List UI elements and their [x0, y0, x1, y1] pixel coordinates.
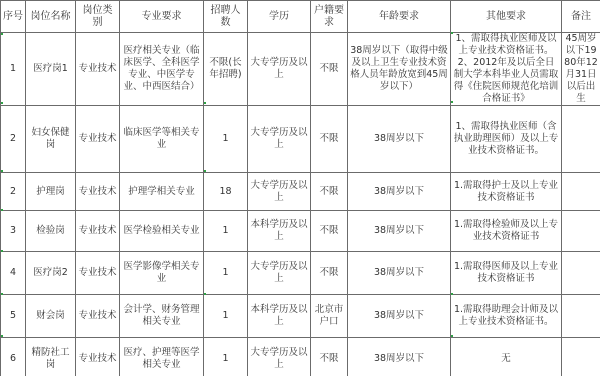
cell-remark — [562, 106, 600, 173]
cell-position: 精防社工岗 — [26, 338, 76, 376]
cell-category: 专业技术 — [76, 33, 120, 106]
comment-marker — [1, 250, 3, 252]
header-major: 专业要求 — [120, 1, 204, 33]
cell-category: 专业技术 — [76, 173, 120, 211]
cell-other: 1.需取得检验师及以上专业技术资格证书 — [451, 211, 562, 252]
cell-remark — [562, 252, 600, 295]
cell-education: 大专学历及以上 — [248, 338, 311, 376]
cell-education: 大专学历及以上 — [248, 252, 311, 295]
cell-no: 5 — [1, 295, 26, 338]
cell-major: 护理学相关专业 — [120, 173, 204, 211]
header-category: 岗位类别 — [76, 1, 120, 33]
cell-hukou: 不限 — [311, 173, 348, 211]
cell-education: 大专学历及以上 — [248, 106, 311, 173]
cell-category: 专业技术 — [76, 295, 120, 338]
cell-no: 6 — [1, 338, 26, 376]
cell-major: 医学检验相关专业 — [120, 211, 204, 252]
comment-marker — [204, 170, 206, 172]
table-header-row: 序号 岗位名称 岗位类别 专业要求 招聘人数 学历 户籍要求 年龄要求 其他要求… — [1, 1, 600, 33]
cell-education: 本科学历及以上 — [248, 211, 311, 252]
comment-marker — [204, 293, 206, 295]
table-row: 2 护理岗 专业技术 护理学相关专业 18 大专学历及以上 不限 38周岁以下 … — [1, 173, 600, 211]
cell-age: 38周岁以下 — [348, 252, 451, 295]
cell-other: 无 — [451, 338, 562, 376]
header-position: 岗位名称 — [26, 1, 76, 33]
cell-age: 38周岁以下 — [348, 295, 451, 338]
table-row: 1 医疗岗1 专业技术 医疗相关专业（临床医学、全科医学专业、中医学专业、中西医… — [1, 33, 600, 106]
cell-education: 本科学历及以上 — [248, 295, 311, 338]
cell-position: 医疗岗2 — [26, 252, 76, 295]
cell-major: 医学影像学相关专业 — [120, 252, 204, 295]
cell-age: 38周岁以下 — [348, 338, 451, 376]
comment-marker — [451, 335, 453, 337]
table-row: 3 检验岗 专业技术 医学检验相关专业 1 本科学历及以上 不限 38周岁以下 … — [1, 211, 600, 252]
comment-marker — [451, 293, 453, 295]
cell-count: 1 — [204, 106, 248, 173]
cell-category: 专业技术 — [76, 338, 120, 376]
table-row: 4 医疗岗2 专业技术 医学影像学相关专业 1 大专学历及以上 不限 38周岁以… — [1, 252, 600, 295]
cell-hukou: 不限 — [311, 33, 348, 106]
cell-major: 医疗相关专业（临床医学、全科医学专业、中医学专业、中西医结合） — [120, 33, 204, 106]
cell-major: 临床医学等相关专业 — [120, 106, 204, 173]
cell-other: 1、需取得执业医师及以上专业技术资格证书。 2、2012年及以后全日制大学本科毕… — [451, 33, 562, 106]
cell-education: 大专学历及以上 — [248, 33, 311, 106]
cell-other: 1.需取得护士及以上专业技术资格证书 — [451, 173, 562, 211]
comment-marker — [204, 102, 206, 104]
header-count: 招聘人数 — [204, 1, 248, 33]
cell-major: 医疗、护理等医学相关专业 — [120, 338, 204, 376]
cell-count: 1 — [204, 252, 248, 295]
comment-marker — [1, 209, 3, 211]
header-age: 年龄要求 — [348, 1, 451, 33]
cell-no: 3 — [1, 211, 26, 252]
cell-other: 1.需取得医师及以上专业技术资格证书 — [451, 252, 562, 295]
cell-count: 1 — [204, 295, 248, 338]
cell-other: 1、需取得执业医师（含执业助理医师）及以上专业技术资格证书。 — [451, 106, 562, 173]
cell-age: 38周岁以下 — [348, 173, 451, 211]
recruitment-table: 序号 岗位名称 岗位类别 专业要求 招聘人数 学历 户籍要求 年龄要求 其他要求… — [0, 0, 600, 376]
cell-hukou: 不限 — [311, 106, 348, 173]
cell-hukou: 不限 — [311, 252, 348, 295]
cell-count: 18 — [204, 173, 248, 211]
cell-education: 大专学历及以上 — [248, 173, 311, 211]
cell-major: 会计学、财务管理相关专业 — [120, 295, 204, 338]
cell-age: 38周岁以下 — [348, 106, 451, 173]
cell-category: 专业技术 — [76, 252, 120, 295]
cell-count: 不限(长年招聘) — [204, 33, 248, 106]
cell-category: 专业技术 — [76, 106, 120, 173]
table-row: 6 精防社工岗 专业技术 医疗、护理等医学相关专业 1 大专学历及以上 不限 3… — [1, 338, 600, 376]
cell-no: 2 — [1, 106, 26, 173]
cell-position: 检验岗 — [26, 211, 76, 252]
cell-age: 38周岁以下（取得中级及以上卫生专业技术资格人员年龄放宽到45周岁以下） — [348, 33, 451, 106]
comment-marker — [1, 335, 3, 337]
comment-marker — [451, 32, 453, 34]
comment-marker — [1, 102, 3, 104]
cell-hukou: 北京市户口 — [311, 295, 348, 338]
cell-count: 1 — [204, 211, 248, 252]
cell-remark — [562, 338, 600, 376]
comment-marker — [451, 101, 453, 103]
cell-no: 1 — [1, 33, 26, 106]
cell-hukou: 不限 — [311, 211, 348, 252]
table-row: 5 财会岗 专业技术 会计学、财务管理相关专业 1 本科学历及以上 北京市户口 … — [1, 295, 600, 338]
header-remark: 备注 — [562, 1, 600, 33]
cell-remark — [562, 295, 600, 338]
header-hukou: 户籍要求 — [311, 1, 348, 33]
comment-marker — [1, 170, 3, 172]
cell-position: 妇女保健岗 — [26, 106, 76, 173]
header-no: 序号 — [1, 1, 26, 33]
cell-other: 1.需取得助理会计师及以上专业技术资格证书。 — [451, 295, 562, 338]
cell-position: 护理岗 — [26, 173, 76, 211]
cell-remark — [562, 173, 600, 211]
comment-marker — [1, 293, 3, 295]
cell-count: 1 — [204, 338, 248, 376]
header-education: 学历 — [248, 1, 311, 33]
cell-remark: 45周岁以下1980年12月31日以后出生 — [562, 33, 600, 106]
cell-remark — [562, 211, 600, 252]
cell-category: 专业技术 — [76, 211, 120, 252]
header-other: 其他要求 — [451, 1, 562, 33]
cell-no: 4 — [1, 252, 26, 295]
cell-no: 2 — [1, 173, 26, 211]
cell-position: 财会岗 — [26, 295, 76, 338]
cell-hukou: 不限 — [311, 338, 348, 376]
table-row: 2 妇女保健岗 专业技术 临床医学等相关专业 1 大专学历及以上 不限 38周岁… — [1, 106, 600, 173]
cell-age: 38周岁以下 — [348, 211, 451, 252]
cell-position: 医疗岗1 — [26, 33, 76, 106]
comment-marker — [1, 33, 3, 35]
